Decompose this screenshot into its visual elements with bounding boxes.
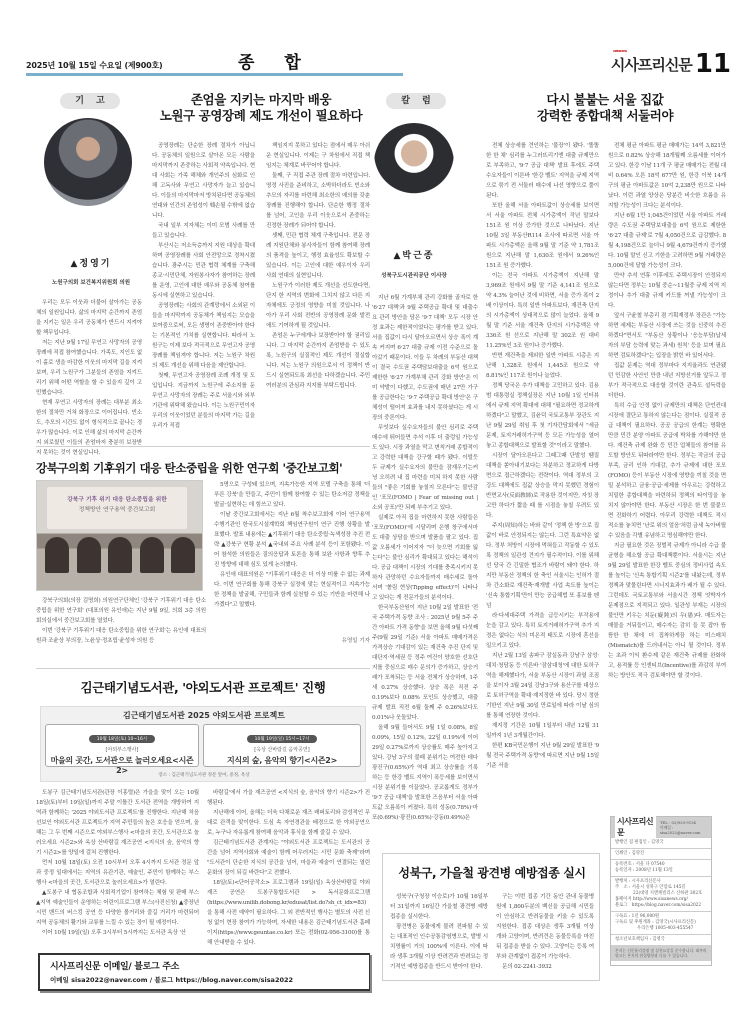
masthead-email: 이메일 : sisa2022@naver.com [660, 825, 707, 835]
person-figure [171, 537, 195, 573]
masthead-row: 구독료 : 1년 96,000원 구독료 및 후원계좌 : 김영국(시사프리신문… [611, 911, 711, 934]
library-headline[interactable]: 김근태기념도서관, '야외도서관 프로젝트' 진행 [36, 678, 370, 696]
paragraph: 구는 이번 접종 기간 동안 관내 동물병원에 1,800두분의 백신을 공급해… [496, 892, 594, 962]
paragraph: 전체 상승세를 견인하는 '불장'이 됐다. '똘똘한 한 채' 심리를 누그러… [486, 141, 599, 201]
paragraph: 강북구의회(의장 김명희) 의원연구단체인 '강북구 기후위기 대응 탄소중립을… [36, 596, 206, 626]
masthead-blog[interactable]: 블로그 https://blog.naver.com/sisa2022 [615, 903, 707, 909]
person-figure [77, 537, 101, 573]
masthead-logo: 시사프리신문 [615, 815, 656, 839]
oped-column-1: 우리는 모두 이웃과 더불어 살아가는 공동체의 일원입니다. 삶의 마지막 순… [36, 298, 142, 458]
section-divider [36, 668, 370, 669]
masthead-contact: TEL : 02)920-9134 이메일 : sisa2022@naver.c… [660, 820, 707, 835]
photo-people [45, 537, 195, 577]
paragraph: 재지정 기간은 10월 1일부터 내년 12월 31일까지 1년 3개월간이다. [486, 721, 599, 741]
vaccine-article: 성북구, 가을철 광견병 예방접종 실시 성북구(구청장 이승로)가 10월 1… [382, 853, 600, 981]
person-figure [140, 537, 164, 573]
oped-column-2: 공영장례는 단순한 장례 절차가 아닙니다. 공동체의 일원으로 살아온 모든 … [152, 141, 255, 431]
library-article: 김근태기념도서관, '야외도서관 프로젝트' 진행 김근태기념도서관 2025 … [36, 678, 370, 948]
paragraph: 국내 일부 지자체는 이미 모범 사례를 만들고 있습니다. [152, 221, 255, 241]
section-divider [36, 446, 370, 447]
column-headline-line-1: 다시 불붙는 서울 집값 [547, 92, 664, 107]
event-venue: 장소 : 김근태기념도서관 정문 앞마, 중정, 옥상 [41, 772, 367, 778]
paragraph: 셋째, 민관 협력 체계 구축입니다. 전문 장례 지원단체와 봉사자들이 함께… [266, 231, 370, 281]
paragraph: 문의 02-2241-3932 [496, 962, 594, 972]
paragraph: 반면 재건축을 제외한 일반 아파트 시총은 지난해 1,328조 원에서 1,… [486, 351, 599, 381]
paragraph: 도봉구 김근태기념도서관(관장 이홍렬)은 가을을 맞이 오는 10월 18일(… [36, 788, 199, 858]
paragraph: 만약 추석 연휴 이후에도 주택시장이 안정되지 않는다면 정부는 10월 중순… [608, 271, 726, 311]
paragraph: 정책 당국은 추가 대책을 고민하고 있다. 김용범 대통령실 정책실장은 지난… [486, 381, 599, 451]
paragraph: 주지(周知)하는 바와 같이 '정책 한 방'으로 집값이 바로 안정되지는 않… [486, 521, 599, 611]
paragraph: 책임지지 못하고 있다는 점에서 매우 아쉬운 현실입니다. 이제는 구 차원에… [266, 141, 370, 171]
contact-line[interactable]: 이메일 sisa2022@naver.com / 블로그 https://blo… [50, 975, 359, 984]
paragraph: 현재 무연고 사망자의 장례는 대부분 최소한의 절차만 거쳐 화장으로 이어집… [36, 398, 142, 458]
paragraph: 이는 전국 아파트 시가총액이 지난해 말 3,969조 원에서 9월 말 기준… [486, 271, 599, 351]
column-kicker: 칼럼 [386, 93, 446, 109]
event-date-pill: 10월 19일(일) 15시~17시 [247, 735, 318, 743]
column-text-3: 전체 평균 아파트 평균 매매가는 14억 3,821만 원으로 0.82% 상… [608, 141, 726, 681]
paragraph: 또한 올해 서울 아파트값이 상승세를 보이면서 서울 아파트 전체 시가총액이… [486, 201, 599, 271]
gangbuk-photo: 강북구 기후 위기 대응 탄소중립을 위한 정책방안 연구용역 중간보고회 [36, 480, 203, 591]
masthead-footer: 본지는 신문윤리강령 및 실천요강을 준수합니다. 외부의 원고는 본지의 편집… [611, 945, 711, 961]
event-subtitle: [옥상 산바람길 음악공연] [204, 746, 360, 753]
paragraph: 특히 수급 안정 없이 규제만의 대책은 단언컨대 시장에 결단코 통하지 않는… [608, 401, 726, 541]
paragraph: 집값 문제는 역대 정부마다 지지율과도 연관됐던 민감한 사안인 만큼 내년 … [608, 361, 726, 401]
person-figure [108, 537, 132, 573]
gangbuk-text-1: 강북구의회(의장 김명희) 의원연구단체인 '강북구 기후위기 대응 탄소중립을… [36, 596, 206, 646]
masthead-row: 등록번호 : 서울 다 07540 등록일자 : 2008년 11월 13일 [611, 859, 711, 876]
author-role: 노원구의회 보건복지위원회 의원 [36, 278, 146, 286]
photo-banner: 강북구 기후 위기 대응 탄소중립을 위한 정책방안 연구용역 중간보고회 [47, 487, 187, 529]
event-subtitle: [야외부스행사] [46, 746, 198, 753]
paragraph: 실제로 아직 집을 마련하지 못한 사람들은 '포모(FOMO)'에 시달리며 … [372, 513, 478, 603]
paragraph: 저는 지난 9월 17일 무연고 사망자의 공영장례에 직접 참여했습니다. 가… [36, 338, 142, 398]
logo-tag: WEEKLY NEWS [613, 49, 626, 53]
paragraph: 우리는 모두 이웃과 더불어 살아가는 공동체의 일원입니다. 삶의 마지막 순… [36, 298, 142, 338]
poster-title: 김근태기념도서관 2025 야외도서관 프로젝트 [41, 710, 367, 721]
newspaper-logo: WEEKLY NEWS 시사프리신문 [611, 54, 692, 75]
paragraph: 전체 평균 아파트 평균 매매가는 14억 3,821만 원으로 0.82% 상… [608, 141, 726, 211]
oped-article: 기고 존엄을 지키는 마지막 배웅 노원구 공영장례 제도 개선이 필요하다 ▲… [36, 88, 370, 443]
paragraph: 18일(토)<단어공작소> 프로그램과 19일(일) 옥상산바람길 야외재즈 공… [207, 878, 370, 948]
paragraph: 첫째, 무연고자 공영장례 조례 개정 및 도입입니다. 지금까지 노원구에 주… [152, 371, 255, 431]
paragraph: 둘째, 구 직접 주관 장례 절차 마련입니다. 영정 사진을 준비하고, 소박… [266, 171, 370, 231]
paragraph: 이날 중간보고회에서는 지난 6월 착수보고회에 이어 연구용역 수행기관인 한… [214, 510, 370, 570]
paragraph: 지난 2월 13일 송파구 잠실동과 강남구 삼성·대치·청담동 등 이른바 '… [486, 651, 599, 721]
masthead-bank: 우리은행 1005-403-455547 [615, 926, 707, 932]
paragraph: 공영장례는 단순한 장례 절차가 아닙니다. 공동체의 일원으로 살아온 모든 … [152, 141, 255, 221]
paragraph: 올해 9월 들어서도 9월 1일 0.08%, 8일 0.09%, 15일 0.… [372, 723, 478, 823]
event-box-sunday: 10월 19일(일) 15시~17시 [옥상 산바람길 음악공연] 지식의 숲,… [203, 724, 361, 767]
oped-column-3: 책임지지 못하고 있다는 점에서 매우 아쉬운 현실입니다. 이제는 구 차원에… [266, 141, 370, 391]
event-title: 지식의 숲, 음악의 향기<시즌2> [204, 755, 360, 766]
paragraph: 공영장례는 사회의 관계망에서 소외된 이들을 마지막까지 공동체가 책임지는 … [152, 301, 255, 371]
paragraph: 존엄은 누구에게나 보장받아야 할 권리입니다. 그 마지막 순간까지 존엄받을… [266, 331, 370, 391]
paragraph: 바람길'에서 가을 재즈공연 <지식의 숲, 음악의 향기 시즌2>가 진행된다… [207, 788, 370, 808]
paragraph: 시장이 달아오른다고 그때그때 단발성 땜질 대책을 쏟아내기보다는 차분하고 … [486, 451, 599, 521]
masthead-top: 시사프리신문 TEL : 02)920-9134 이메일 : sisa2022@… [611, 817, 711, 837]
paragraph: 지난해에 이어, 올해는 더욱 다채로운 재즈 레퍼토리와 감성적인 무대로 관… [207, 808, 370, 838]
paragraph: 광견병은 동물에게 물려 전파될 수 있는 대표적인 인수공통감염병으로, 발병… [390, 922, 488, 972]
columnist-role: 성북구도시관리공단 이사장 [358, 271, 470, 279]
paragraph: 이번 '강북구 기후위기 대응 탄소중립을 위한 연구회'는 유인애 대표의원과… [36, 626, 206, 646]
vaccine-text-2: 구는 이번 접종 기간 동안 관내 동물병원에 1,800두분의 백신을 공급해… [496, 892, 594, 972]
column-headline[interactable]: 다시 불붙는 서울 집값 강력한 종합대책 서둘러야 [480, 92, 730, 124]
library-text-1: 도봉구 김근태기념도서관(관장 이홍렬)은 가을을 맞이 오는 10월 18일(… [36, 788, 199, 938]
page-number: 11 [695, 53, 731, 75]
event-box-saturday: 10월 18일(토) 10~16시 [야외부스행사] 마을의 곳간, 도서관으로… [45, 724, 199, 767]
library-text-2: 바람길'에서 가을 재즈공연 <지식의 숲, 음악의 향기 시즌2>가 진행된다… [207, 788, 370, 948]
paragraph: 지난 6월 가계부채 관리 강화를 골자로 한 '6·27 대책'과 9월 주택… [372, 293, 478, 423]
paragraph: 부산시는 저소득층까지 지원 대상을 확대하며 공영장례를 사회 안전망으로 정… [152, 241, 255, 301]
gangbuk-headline[interactable]: 강북구의회 기후위기 대응 탄소중립을 위한 연구회 '중간보고회' [36, 460, 370, 476]
columnist-portrait [374, 123, 454, 203]
section-title: 종합 [238, 48, 331, 73]
reporter-name: 유영일 기자 [342, 636, 370, 644]
paragraph: 앞서 구윤철 부총리 겸 기획재정부 장관은 "가능하면 세제는 부동산 시장에… [608, 311, 726, 361]
paragraph: 한국부동산원이 지난 10월 2일 발표한 '전국 주택가격 동향 조사 : 2… [372, 603, 478, 723]
column-text-2: 전체 상승세를 견인하는 '불장'이 됐다. '똘똘한 한 채' 심리를 누그러… [486, 141, 599, 771]
paragraph: 유인애 대표의원은 "기후위기 대응은 더 이상 미룰 수 없는 과제다. 이번… [214, 570, 370, 610]
person-figure [45, 537, 69, 573]
masthead-row: 인쇄인 : 김영진 [611, 848, 711, 859]
gangbuk-text-2: 5명으로 구성돼 있으며, 지속가능한 지역 모델 구축을 통해 '더 푸른 강… [214, 480, 370, 610]
paragraph: 먼저 10월 18일(토) 오전 10시부터 오후 4시까지 도서관 정문 앞과… [36, 858, 199, 888]
paragraph: 무엇보다 실수요자들의 불안 심리로 주택 매수에 뛰어들면 추석 이후 더 출… [372, 423, 478, 513]
gangbuk-article: 강북구의회 기후위기 대응 탄소중립을 위한 연구회 '중간보고회' 강북구 기… [36, 460, 370, 665]
paragraph: 5명으로 구성돼 있으며, 지속가능한 지역 모델 구축을 통해 '더 푸른 강… [214, 480, 370, 510]
contact-box: 시사프리신문 이메일/ 블로그 주소 이메일 sisa2022@naver.co… [38, 953, 370, 991]
paragraph: 노원구가 이러한 제도 개선을 선도한다면, 단지 한 지역의 변화에 그치지 … [266, 281, 370, 331]
paragraph: 김근태기념도서관 관계자는 "야외도서관 프로젝트는 도서관의 공간을 넘어 지… [207, 838, 370, 878]
logo-text: 시사프리신문 [611, 56, 692, 74]
paragraph: 성북구(구청장 이승로)가 10월 16일부터 31일까지 16일간 가을철 광… [390, 892, 488, 922]
oped-headline-line-1: 존엄을 지키는 마지막 배웅 [191, 92, 331, 107]
author-name: ▲정영기 [36, 256, 146, 269]
paragraph: 지난 6월 1만 1,045건이었던 서울 아파트 거래량은 수도권 주택담보대… [608, 211, 726, 271]
event-poster: 김근태기념도서관 2025 야외도서관 프로젝트 10월 18일(토) 10~1… [40, 706, 366, 782]
columnist-name: ▲박근종 [358, 248, 470, 261]
masthead-row: 청소년보호책임자 : 김영국 [611, 934, 711, 945]
masthead-reg-date: 등록일자 : 2008년 11월 13일 [615, 868, 707, 874]
vaccine-headline[interactable]: 성북구, 가을철 광견병 예방접종 실시 [383, 864, 601, 881]
contact-title: 시사프리신문 이메일/ 블로그 주소 [50, 959, 359, 972]
paragraph: 한편 KB국민은행이 지난 9월 29일 발표한 '9월 전국 주택가격 동향'… [486, 741, 599, 771]
header-rule [26, 73, 403, 76]
issue-date: 2025년 10월 15일 수요일 (제900호) [26, 60, 163, 71]
masthead-row: 발행처 : 시사프리신문사 주 소 : 서울시 성북구 안암로 145길 22(… [611, 876, 711, 911]
paragraph: 지금 필요한 것은 징벌적 규제가 아니라 수급 불균형을 해소할 공급 확대책… [608, 541, 726, 681]
oped-kicker: 기고 [60, 93, 120, 109]
photo-banner-line-2: 정책방안 연구용역 중간보고회 [47, 505, 187, 515]
column-text-1: 지난 6월 가계부채 관리 강화를 골자로 한 '6·27 대책'과 9월 주택… [372, 293, 478, 823]
masthead-box: 시사프리신문 TEL : 02)920-9134 이메일 : sisa2022@… [610, 816, 712, 966]
author-portrait [44, 118, 132, 206]
column-article: 칼럼 다시 불붙는 서울 집값 강력한 종합대책 서둘러야 ▲박근종 성북구도시… [380, 88, 735, 828]
paragraph: 라·다세대주택 가격을 급등시키는 부작용에 눈을 감고 있다. 특히 토지거래… [486, 611, 599, 651]
paragraph: 이어 10월 19일(일) 오후 3시부터 5시까지는 도서관 옥상 '산 [36, 928, 199, 938]
vaccine-text-1: 성북구(구청장 이승로)가 10월 16일부터 31일까지 16일간 가을철 광… [390, 892, 488, 972]
masthead-logo-block: WEEKLY NEWS 시사프리신문 11 [611, 53, 731, 75]
oped-headline[interactable]: 존엄을 지키는 마지막 배웅 노원구 공영장례 제도 개선이 필요하다 [146, 92, 376, 124]
column-headline-line-2: 강력한 종합대책 서둘러야 [537, 108, 673, 123]
photo-banner-line-1: 강북구 기후 위기 대응 탄소중립을 위한 [47, 495, 187, 505]
event-date-pill: 10월 18일(토) 10~16시 [89, 735, 155, 743]
page-header: 2025년 10월 15일 수요일 (제900호) 종합 WEEKLY NEWS… [0, 0, 743, 80]
paragraph: ▲도봉구 내 협동조합과 사회적기업이 참여하는 체험 및 판매 부스 ▲지역 … [36, 888, 199, 928]
oped-headline-line-2: 노원구 공영장례 제도 개선이 필요하다 [160, 108, 363, 123]
